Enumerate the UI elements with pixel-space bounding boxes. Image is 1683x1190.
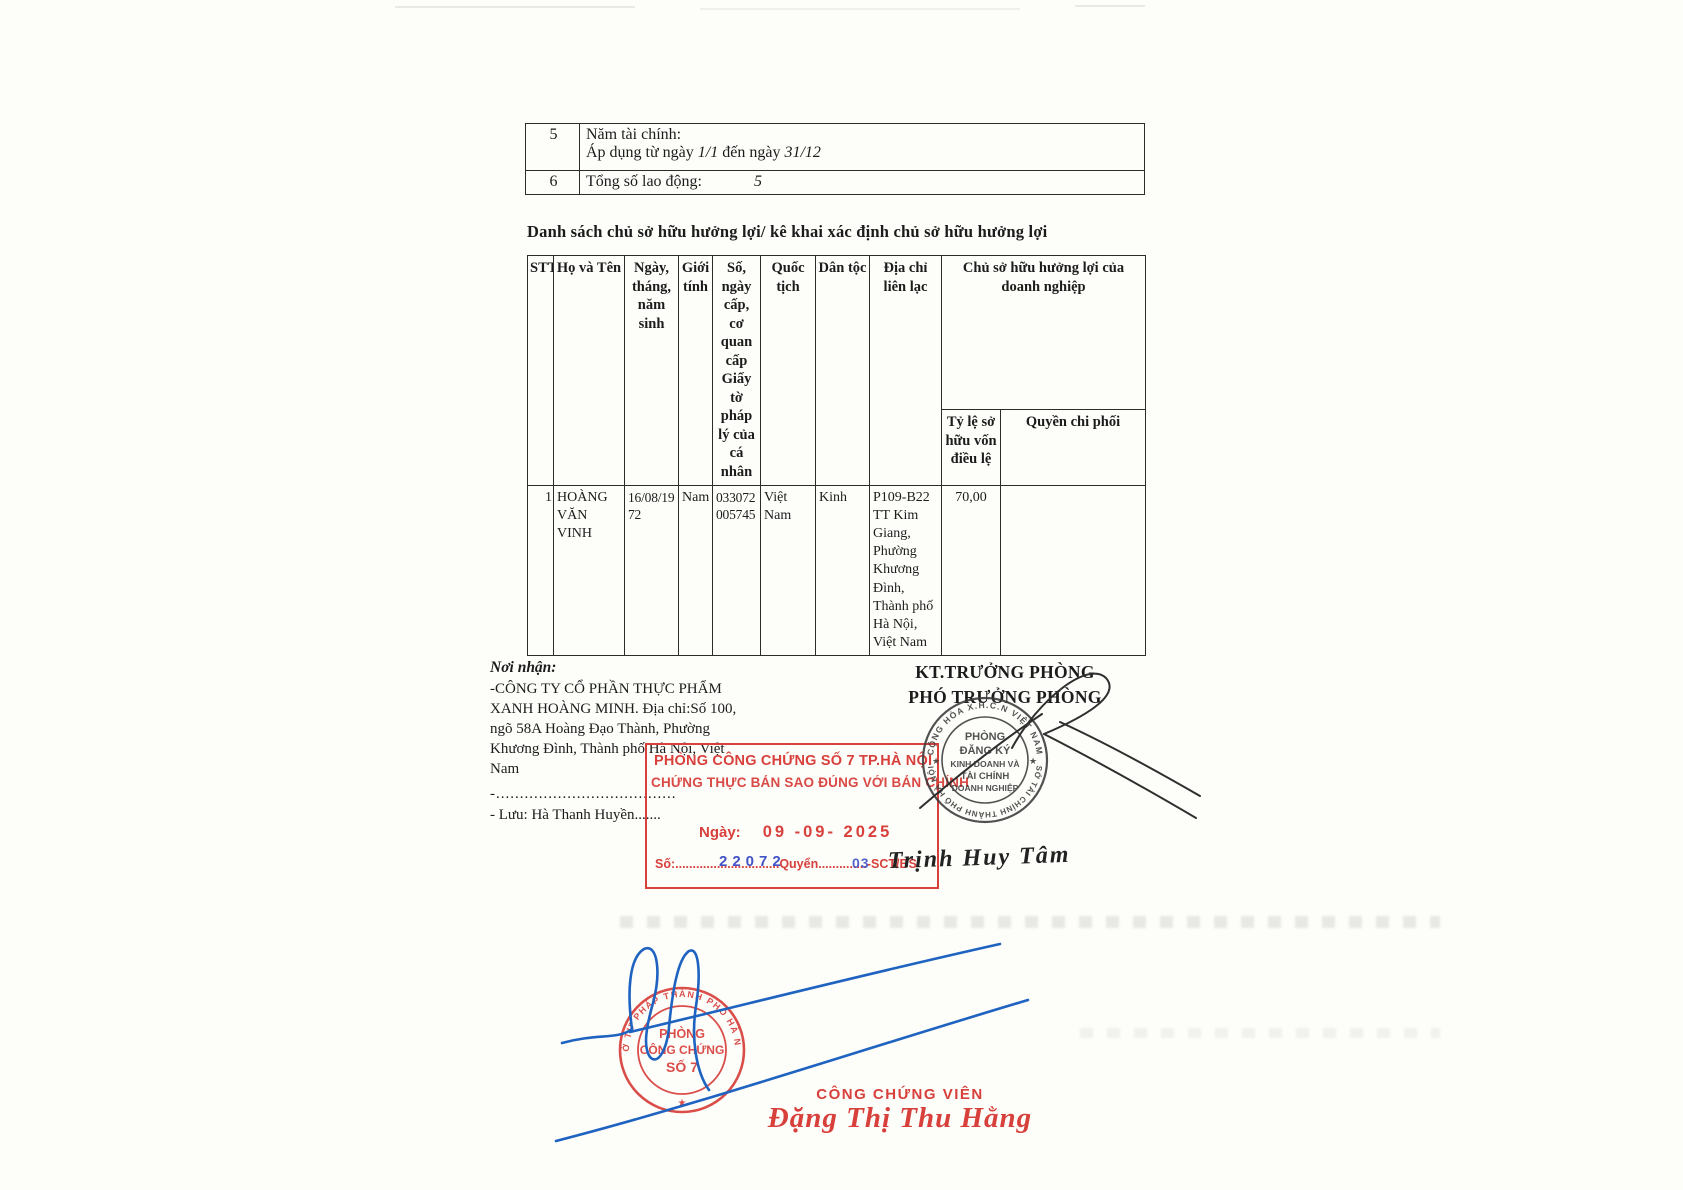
date-label: Ngày: bbox=[699, 824, 741, 841]
notary-officer-title: CÔNG CHỨNG VIÊN bbox=[790, 1086, 1010, 1103]
subheader-ownership-ratio: Tỷ lệ sở hữu vốn điều lệ bbox=[942, 410, 1001, 486]
signer-name: Trịnh Huy Tâm bbox=[888, 842, 1071, 875]
scan-noise bbox=[395, 6, 635, 8]
subheader-control-right: Quyền chi phối bbox=[1001, 410, 1146, 486]
from-date: 1/1 bbox=[698, 144, 718, 161]
notary-number-line: Số:..............................Quyển..… bbox=[655, 857, 917, 871]
signing-title-1: KT.TRƯỞNG PHÒNG bbox=[880, 660, 1130, 685]
cell-id-number: 033072005745 bbox=[713, 485, 761, 656]
notary-stamp-ring-text: SỞ TƯ PHÁP THÀNH PHỐ HÀ NỘI bbox=[612, 980, 743, 1052]
so-label: Số: bbox=[655, 857, 675, 871]
notary-officer-name: Đặng Thị Thu Hằng bbox=[760, 1102, 1040, 1135]
notary-stamp-line2: CÔNG CHỨNG bbox=[640, 1042, 725, 1057]
star-icon: ★ bbox=[678, 1098, 687, 1109]
header-cell-name: Họ và Tên bbox=[554, 256, 625, 486]
table-row: 5 Năm tài chính: Áp dụng từ ngày1/1đến n… bbox=[526, 124, 1145, 171]
scan-bleedthrough bbox=[1080, 1028, 1440, 1038]
cell-name: HOÀNG VĂN VINH bbox=[554, 485, 625, 656]
cell-gender: Nam bbox=[679, 485, 713, 656]
notary-stamp-line1: PHÒNG bbox=[659, 1026, 705, 1041]
employee-count-cell: Tổng số lao động:5 bbox=[580, 171, 1145, 195]
stamp-center-line1: PHÒNG bbox=[965, 730, 1005, 743]
to-date: 31/12 bbox=[784, 144, 820, 161]
section-title: Danh sách chủ sở hữu hưởng lợi/ kê khai … bbox=[527, 222, 1047, 242]
svg-text:SỞ TÀI CHÍNH THÀNH PHỐ HÀ NỘI: SỞ TÀI CHÍNH THÀNH PHỐ HÀ NỘI bbox=[926, 765, 1043, 819]
signing-title-2: PHÓ TRƯỞNG PHÒNG bbox=[880, 685, 1130, 710]
cell-ownership-ratio: 70,00 bbox=[942, 485, 1001, 656]
range-middle: đến ngày bbox=[722, 144, 780, 161]
recipients-title: Nơi nhận: bbox=[490, 658, 752, 678]
header-row: STT Họ và Tên Ngày, tháng, năm sinh Giới… bbox=[528, 256, 1146, 410]
header-cell-ethnicity: Dân tộc bbox=[816, 256, 870, 486]
notary-date-line: Ngày:09 -09- 2025 bbox=[699, 823, 892, 842]
scan-bleedthrough bbox=[620, 916, 1440, 928]
beneficial-owners-table: STT Họ và Tên Ngày, tháng, năm sinh Giới… bbox=[527, 255, 1146, 656]
header-cell-dob: Ngày, tháng, năm sinh bbox=[625, 256, 679, 486]
notary-certify-line: CHỨNG THỰC BẢN SAO ĐÚNG VỚI BẢN CHÍNH bbox=[651, 775, 969, 790]
star-icon: ★ bbox=[1029, 756, 1037, 766]
signing-title-block: KT.TRƯỞNG PHÒNG PHÓ TRƯỞNG PHÒNG bbox=[880, 660, 1130, 711]
notary-office-line: PHÒNG CÔNG CHỨNG SỐ 7 TP.HÀ NỘI bbox=[654, 753, 937, 769]
employee-count-value: 5 bbox=[754, 173, 762, 190]
apply-prefix: Áp dụng từ ngày bbox=[586, 144, 694, 161]
cell-dob: 16/08/1972 bbox=[625, 485, 679, 656]
fiscal-year-label: Năm tài chính: bbox=[586, 126, 1140, 144]
cell-address: P109-B22 TT Kim Giang, Phường Khương Đìn… bbox=[870, 485, 942, 656]
company-info-table: 5 Năm tài chính: Áp dụng từ ngày1/1đến n… bbox=[525, 123, 1145, 195]
notary-round-stamp: SỞ TƯ PHÁP THÀNH PHỐ HÀ NỘI ★ PHÒNG CÔNG… bbox=[612, 980, 752, 1120]
notary-stamp-line3: SỐ 7 bbox=[666, 1058, 698, 1075]
fiscal-year-range: Áp dụng từ ngày1/1đến ngày31/12 bbox=[586, 144, 1140, 162]
header-cell-id-document: Số, ngày cấp, cơ quan cấp Giấy tờ pháp l… bbox=[713, 256, 761, 486]
header-cell-beneficial-owner: Chủ sở hữu hưởng lợi của doanh nghiệp bbox=[942, 256, 1146, 410]
cell-stt: 1 bbox=[528, 485, 554, 656]
header-cell-gender: Giới tính bbox=[679, 256, 713, 486]
scan-noise bbox=[700, 8, 1020, 10]
header-cell-nationality: Quốc tịch bbox=[761, 256, 816, 486]
header-cell-address: Địa chỉ liên lạc bbox=[870, 256, 942, 486]
stamp-ring-bottom-text: SỞ TÀI CHÍNH THÀNH PHỐ HÀ NỘI bbox=[926, 765, 1043, 819]
header-cell-stt: STT bbox=[528, 256, 554, 486]
cell-nationality: Việt Nam bbox=[761, 485, 816, 656]
date-value: 09 -09- 2025 bbox=[763, 823, 893, 841]
stamp-center-line3: KINH DOANH VÀ bbox=[950, 759, 1019, 769]
notary-number-value: 22072 bbox=[719, 853, 786, 870]
scanned-document-page: 5 Năm tài chính: Áp dụng từ ngày1/1đến n… bbox=[0, 0, 1683, 1190]
owner-data-row: 1 HOÀNG VĂN VINH 16/08/1972 Nam 03307200… bbox=[528, 485, 1146, 656]
scan-noise bbox=[1075, 5, 1145, 7]
stamp-center-line2: ĐĂNG KÝ bbox=[960, 744, 1011, 757]
row-number: 6 bbox=[526, 171, 580, 195]
fiscal-year-cell: Năm tài chính: Áp dụng từ ngày1/1đến ngà… bbox=[580, 124, 1145, 171]
svg-text:SỞ TƯ PHÁP THÀNH PHỐ HÀ NỘI: SỞ TƯ PHÁP THÀNH PHỐ HÀ NỘI bbox=[612, 980, 743, 1052]
notary-book-value: 03 bbox=[852, 855, 870, 871]
cell-control-right bbox=[1001, 485, 1146, 656]
cell-ethnicity: Kinh bbox=[816, 485, 870, 656]
row-number: 5 bbox=[526, 124, 580, 171]
table-row: 6 Tổng số lao động:5 bbox=[526, 171, 1145, 195]
employee-count-label: Tổng số lao động: bbox=[586, 173, 702, 190]
